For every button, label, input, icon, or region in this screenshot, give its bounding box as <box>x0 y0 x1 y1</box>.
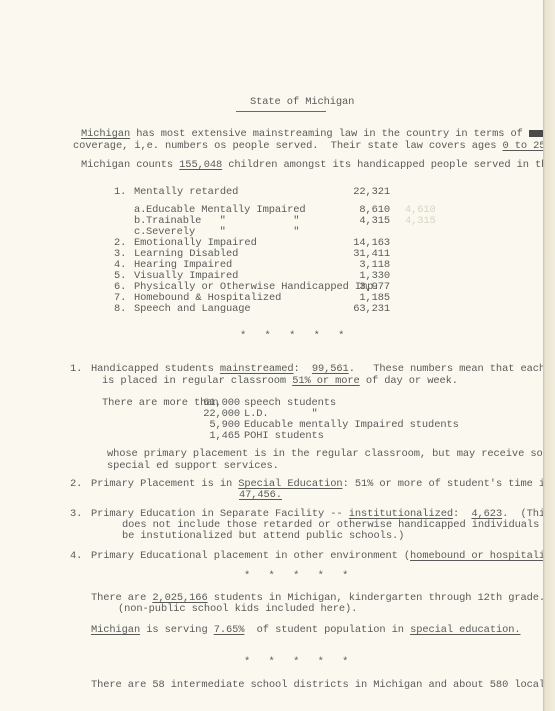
breakdown-label: POHI students <box>244 430 324 442</box>
document-page: State of Michigan Michigan has most exte… <box>0 0 543 711</box>
students-line-2: (non-public school kids included here). <box>118 603 357 615</box>
paper-edge <box>543 0 555 711</box>
category-value: 4,315 <box>330 215 390 227</box>
page-title: State of Michigan <box>250 96 354 108</box>
item-3-line-3: be instutionalized but attend public sch… <box>122 530 404 542</box>
separator-1: * * * * * <box>240 330 344 342</box>
item-2-line-1: Primary Placement is in Special Educatio… <box>91 478 555 490</box>
item-1-line-2: is placed in regular classroom 51% or mo… <box>102 375 458 387</box>
breakdown-value: 1,465 <box>200 430 240 442</box>
category-value: 22,321 <box>330 186 390 198</box>
item-3-number: 3. <box>70 508 82 520</box>
item-2-number: 2. <box>70 478 82 490</box>
breakdown-tail-1: whose primary placement is in the regula… <box>107 448 555 460</box>
item-2-value: 47,456. <box>239 489 282 501</box>
category-label: Mentally retarded <box>134 186 238 198</box>
districts-line: There are 58 intermediate school distric… <box>91 679 555 691</box>
intro-line-1: Michigan has most extensive mainstreamin… <box>81 128 555 140</box>
intro-line-2: coverage, i,e. numbers os people served.… <box>73 140 552 152</box>
intro-count: Michigan counts 155,048 children amongst… <box>81 159 555 171</box>
category-label: Speech and Language <box>134 303 251 315</box>
category-number: 1. <box>114 186 126 198</box>
category-number: 8. <box>114 303 126 315</box>
separator-2: * * * * * <box>244 570 348 582</box>
serving-line: Michigan is serving 7.65% of student pop… <box>91 624 521 636</box>
item-1-number: 1. <box>70 363 82 375</box>
breakdown-tail-2: special ed support services. <box>107 460 279 472</box>
item-4-line-1: Primary Educational placement in other e… <box>91 550 555 562</box>
item-4-number: 4. <box>70 550 82 562</box>
item-1-line-1: Handicapped students mainstreamed: 99,56… <box>91 363 555 375</box>
title-underline <box>236 111 326 112</box>
faint-annotation: 4,315 <box>405 215 436 227</box>
category-value: 63,231 <box>330 303 390 315</box>
separator-3: * * * * * <box>244 656 348 668</box>
